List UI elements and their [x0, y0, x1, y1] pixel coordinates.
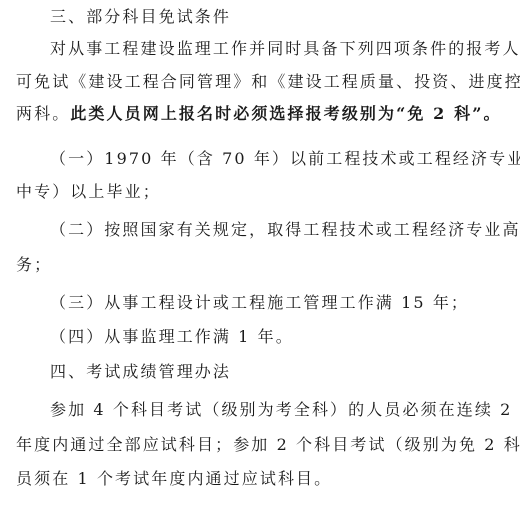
section-heading-3: 三、部分科目免试条件 — [50, 6, 231, 28]
condition-4: （四）从事监理工作满 1 年。 — [50, 326, 294, 348]
section-4-body-line-1: 参加 4 个科目考试（级别为考全科）的人员必须在连续 2 个考试 — [50, 399, 520, 421]
document-page: 三、部分科目免试条件 对从事工程建设监理工作并同时具备下列四项条件的报考人员， … — [0, 0, 520, 507]
section-4-body-line-3: 员须在 1 个考试年度内通过应试科目。 — [16, 468, 332, 490]
intro-tail-text: 两科。 — [16, 104, 70, 123]
section-3-intro-line-2: 可免试《建设工程合同管理》和《建设工程质量、投资、进度控制》 — [16, 71, 520, 93]
section-4-body-line-2: 年度内通过全部应试科目；参加 2 个科目考试（级别为免 2 科）的人 — [16, 434, 520, 456]
condition-2-line-2: 务； — [16, 254, 52, 276]
condition-3: （三）从事工程设计或工程施工管理工作满 15 年； — [50, 292, 469, 314]
condition-1-line-1: （一）1970 年（含 70 年）以前工程技术或工程经济专业中专（含 — [50, 148, 520, 170]
section-heading-4: 四、考试成绩管理办法 — [50, 361, 231, 383]
condition-2-line-1: （二）按照国家有关规定，取得工程技术或工程经济专业高级职 — [50, 219, 520, 241]
section-3-intro-line-3: 两科。此类人员网上报名时必须选择报考级别为“免 2 科”。 — [16, 103, 502, 125]
registration-requirement-bold: 此类人员网上报名时必须选择报考级别为“免 2 科”。 — [70, 104, 501, 123]
section-3-intro-line-1: 对从事工程建设监理工作并同时具备下列四项条件的报考人员， — [50, 38, 520, 60]
condition-1-line-2: 中专）以上毕业； — [16, 181, 161, 203]
